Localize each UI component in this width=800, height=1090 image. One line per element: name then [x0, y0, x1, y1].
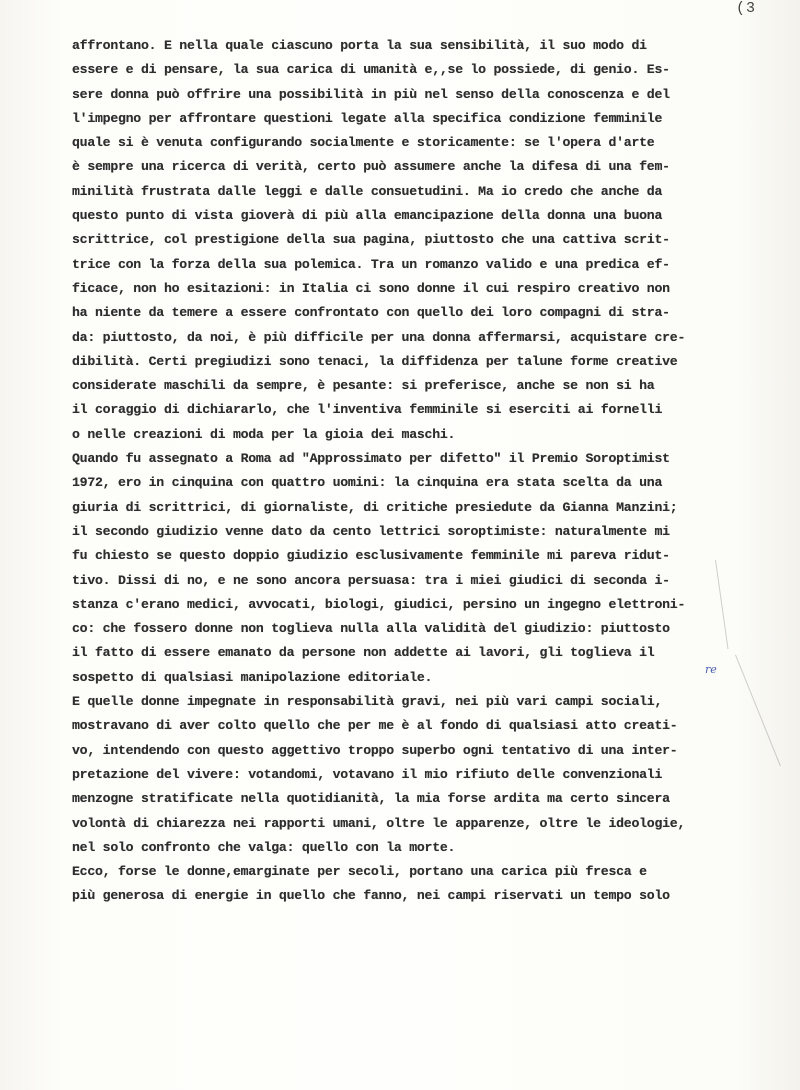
text-line: sospetto di qualsiasi manipolazione edit…	[72, 666, 772, 690]
text-line: Quando fu assegnato a Roma ad "Approssim…	[72, 447, 772, 471]
typewritten-body: affrontano. E nella quale ciascuno porta…	[72, 34, 772, 909]
text-line: volontà di chiarezza nei rapporti umani,…	[72, 812, 772, 836]
text-line: affrontano. E nella quale ciascuno porta…	[72, 34, 772, 58]
text-line: menzogne stratificate nella quotidianità…	[72, 787, 772, 811]
text-line: questo punto di vista gioverà di più all…	[72, 204, 772, 228]
handwritten-correction: re	[705, 663, 717, 676]
text-line: giuria di scrittrici, di giornaliste, di…	[72, 496, 772, 520]
text-line: più generosa di energie in quello che fa…	[72, 884, 772, 908]
text-line: considerate maschili da sempre, è pesant…	[72, 374, 772, 398]
text-line: 1972, ero in cinquina con quattro uomini…	[72, 471, 772, 495]
text-line: minilità frustrata dalle leggi e dalle c…	[72, 180, 772, 204]
text-line: il fatto di essere emanato da persone no…	[72, 641, 772, 665]
text-line: scrittrice, col prestigione della sua pa…	[72, 228, 772, 252]
text-line: o nelle creazioni di moda per la gioia d…	[72, 423, 772, 447]
text-line: nel solo confronto che valga: quello con…	[72, 836, 772, 860]
text-line: il coraggio di dichiararlo, che l'invent…	[72, 398, 772, 422]
text-line: co: che fossero donne non toglieva nulla…	[72, 617, 772, 641]
text-line: ficace, non ho esitazioni: in Italia ci …	[72, 277, 772, 301]
text-line: tivo. Dissi di no, e ne sono ancora pers…	[72, 569, 772, 593]
text-line: dibilità. Certi pregiudizi sono tenaci, …	[72, 350, 772, 374]
page-number: (3	[736, 0, 756, 17]
text-line: trice con la forza della sua polemica. T…	[72, 253, 772, 277]
typewritten-page: (3 affrontano. E nella quale ciascuno po…	[0, 0, 800, 1090]
text-line: l'impegno per affrontare questioni legat…	[72, 107, 772, 131]
text-line: quale si è venuta configurando socialmen…	[72, 131, 772, 155]
text-line: da: piuttosto, da noi, è più difficile p…	[72, 326, 772, 350]
text-line: è sempre una ricerca di verità, certo pu…	[72, 155, 772, 179]
text-line: E quelle donne impegnate in responsabili…	[72, 690, 772, 714]
text-line: ha niente da temere a essere confrontato…	[72, 301, 772, 325]
text-line: stanza c'erano medici, avvocati, biologi…	[72, 593, 772, 617]
text-line: il secondo giudizio venne dato da cento …	[72, 520, 772, 544]
text-line: sere donna può offrire una possibilità i…	[72, 83, 772, 107]
text-line: essere e di pensare, la sua carica di um…	[72, 58, 772, 82]
text-line: fu chiesto se questo doppio giudizio esc…	[72, 544, 772, 568]
text-line: Ecco, forse le donne,emarginate per seco…	[72, 860, 772, 884]
text-line: pretazione del vivere: votandomi, votava…	[72, 763, 772, 787]
text-line: vo, intendendo con questo aggettivo trop…	[72, 739, 772, 763]
text-line: mostravano di aver colto quello che per …	[72, 714, 772, 738]
